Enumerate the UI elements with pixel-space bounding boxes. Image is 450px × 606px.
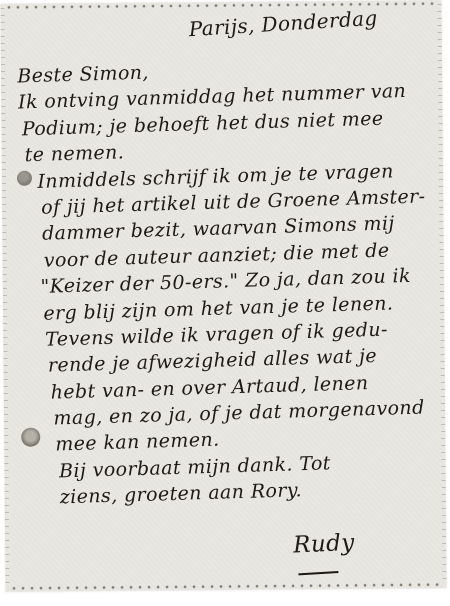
perforated-edge-bottom — [10, 582, 443, 591]
letter-body: Beste Simon, Ik ontving vanmiddag het nu… — [1, 51, 450, 513]
photo-background: Parijs, Donderdag Beste Simon, Ik ontvin… — [0, 0, 450, 606]
dateline: Parijs, Donderdag — [188, 6, 378, 42]
signature-underline — [298, 571, 338, 575]
signature: Rudy — [293, 530, 356, 559]
letter-card: Parijs, Donderdag Beste Simon, Ik ontvin… — [0, 0, 446, 592]
